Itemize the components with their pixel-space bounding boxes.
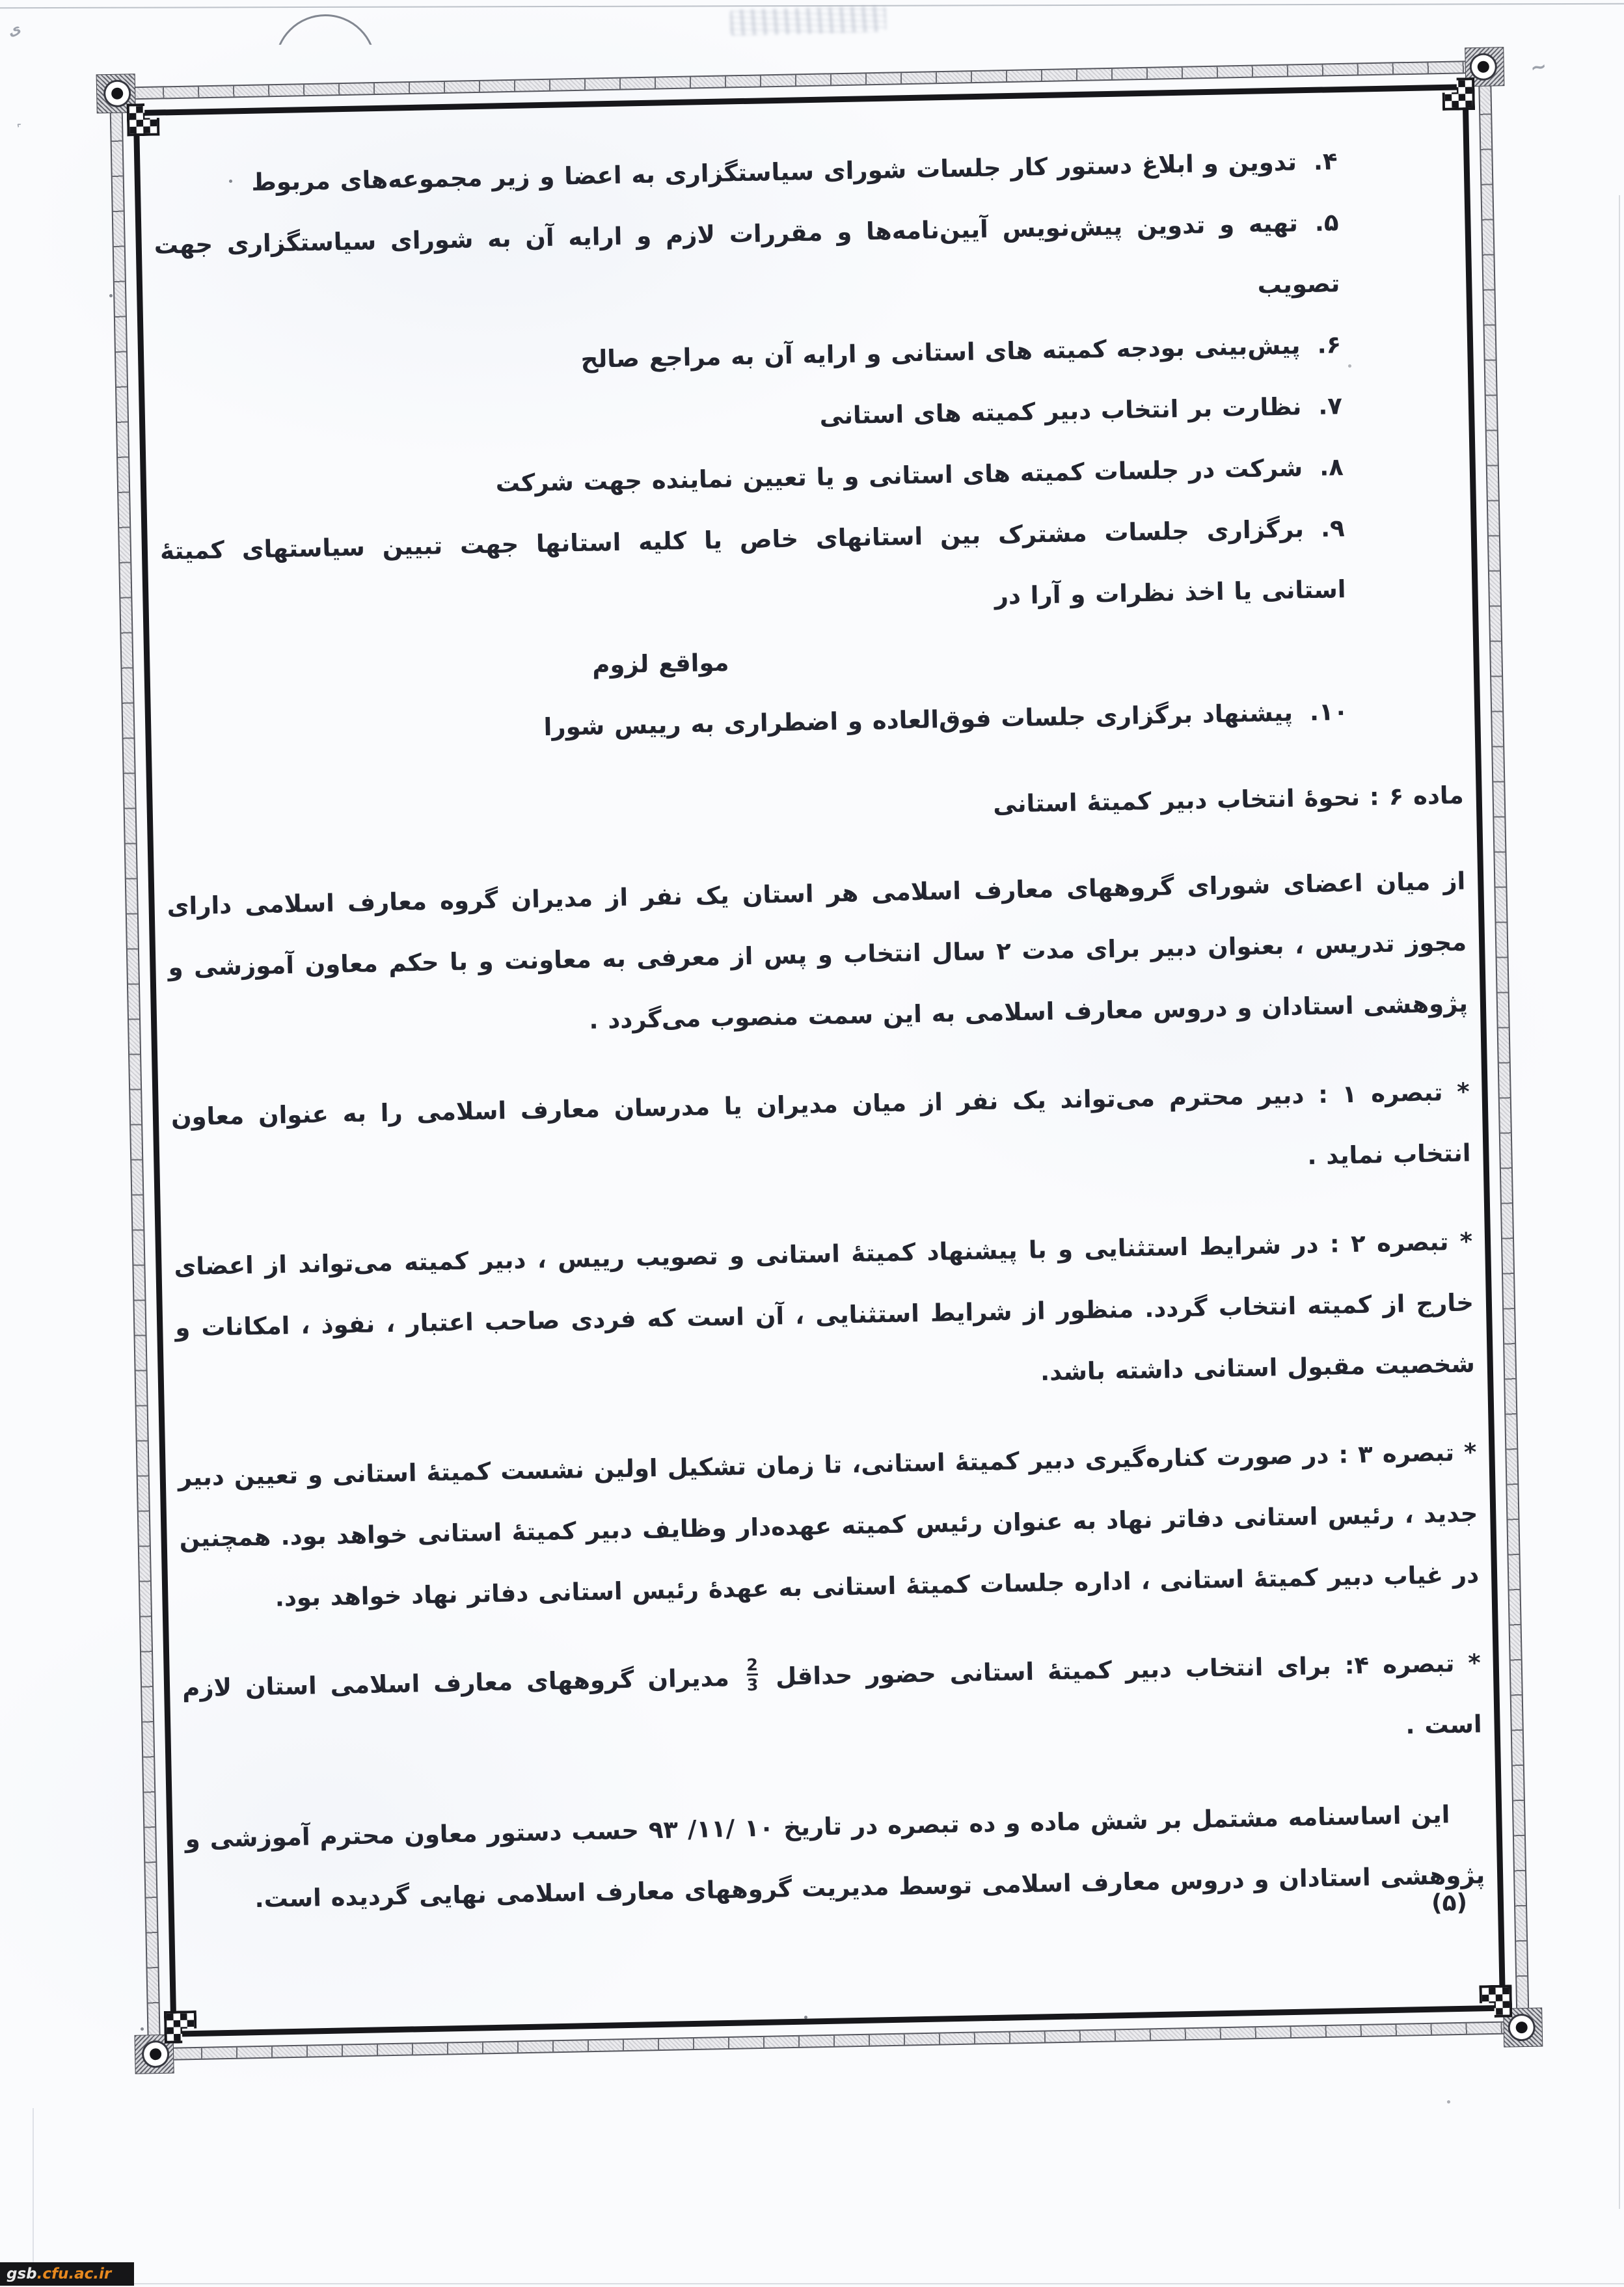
numbered-list: ۴.تدوین و ابلاغ دستور کار جلسات شورای سی… [152, 129, 1463, 766]
list-item-text: تدوین و ابلاغ دستور کار جلسات شورای سیاس… [251, 148, 1297, 196]
list-item-number: ۸. [1319, 437, 1344, 498]
note-paragraph-1: * تبصره ۱ : دبیر محترم می‌تواند یک نفر ا… [170, 1061, 1471, 1209]
note-paragraph-3: * تبصره ۳ : در صورت کناره‌گیری دبیر کمیت… [178, 1422, 1480, 1631]
watermark: gsb.cfu.ac.ir [0, 2262, 134, 2286]
two-thirds-fraction: 23 [746, 1655, 759, 1693]
list-item-continuation-text: مواقع لزوم [162, 632, 730, 705]
list-item: ۵.تهیه و تدوین پیش‌نویس آیین‌نامه‌ها و م… [154, 192, 1340, 338]
scan-dot-speck [1447, 2100, 1450, 2104]
watermark-domain: .cfu.ac.ir [37, 2266, 112, 2282]
page-border-frame: ۴.تدوین و ابلاغ دستور کار جلسات شورای سی… [109, 60, 1530, 2061]
note-text: دبیر محترم می‌تواند یک نفر از میان مدیرا… [171, 1081, 1471, 1170]
article-paragraph: از میان اعضای شورای گروههای معارف اسلامی… [167, 851, 1468, 1060]
scanned-page: ى ء ‹ ~ [0, 0, 1624, 2287]
list-item-number: ۹. [1320, 498, 1345, 560]
border-band-top [129, 61, 1472, 100]
list-item-text: پیش‌بینی بودجه کمیته های استانی و ارایه … [580, 331, 1301, 373]
list-item-text: پیشنهاد برگزاری جلسات فوق‌العاده و اضطرا… [543, 699, 1293, 741]
note-paragraph-4: * تبصره ۴: برای انتخاب دبیر کمیتهٔ استان… [182, 1632, 1482, 1780]
fraction-denominator: 3 [747, 1673, 759, 1693]
scan-speck-mark: ‹ [14, 118, 25, 131]
list-item: ۹.برگزاری جلسات مشترک بین استانهای خاص ی… [159, 498, 1347, 705]
note-paragraph-2: * تبصره ۲ : در شرایط استثنایی و با پیشنه… [174, 1211, 1476, 1420]
note-label: * تبصره ۲ : [1330, 1227, 1473, 1258]
watermark-prefix: gsb [7, 2266, 37, 2282]
scan-right-edge-line [1619, 195, 1620, 2209]
note-text: برای انتخاب دبیر کمیتهٔ استانی حضور حداق… [776, 1652, 1331, 1691]
scan-speck-mark: ى [5, 20, 24, 40]
scan-bottom-edge-line [91, 2283, 1624, 2284]
note-text: در صورت کناره‌گیری دبیر کمیتهٔ استانی، ت… [178, 1441, 1479, 1612]
scan-dot-speck [109, 294, 113, 297]
fraction-numerator: 2 [746, 1655, 758, 1673]
list-item-number: ۷. [1318, 375, 1342, 437]
list-item-number: ۶. [1317, 314, 1342, 376]
list-item-text: شرکت در جلسات کمیته های استانی و یا تعیی… [495, 453, 1303, 497]
list-item-text: تهیه و تدوین پیش‌نویس آیین‌نامه‌ها و مقر… [154, 209, 1340, 299]
note-label: * تبصره ۳ : [1338, 1438, 1477, 1468]
note-label: * تبصره ۴: [1344, 1649, 1481, 1679]
list-item-text: نظارت بر انتخاب دبیر کمیته های استانی [819, 392, 1301, 429]
scan-speck-mark: ~ [1528, 55, 1549, 80]
note-text: در شرایط استثنایی و با پیشنهاد کمیتهٔ اس… [174, 1230, 1475, 1386]
document-content: ۴.تدوین و ابلاغ دستور کار جلسات شورای سی… [152, 103, 1487, 2018]
faded-stamp-artifact [730, 6, 887, 36]
list-item-number: ۱۰. [1309, 681, 1349, 743]
scan-left-fold-line [33, 2108, 34, 2274]
article-heading: ماده ۶ : نحوهٔ انتخاب دبیر کمیتهٔ استانی [165, 765, 1464, 852]
list-item-number: ۵. [1314, 192, 1339, 254]
note-label: * تبصره ۱ : [1318, 1077, 1470, 1109]
list-item-number: ۴. [1313, 131, 1338, 193]
list-item-text: برگزاری جلسات مشترک بین استانهای خاص یا … [160, 515, 1346, 610]
